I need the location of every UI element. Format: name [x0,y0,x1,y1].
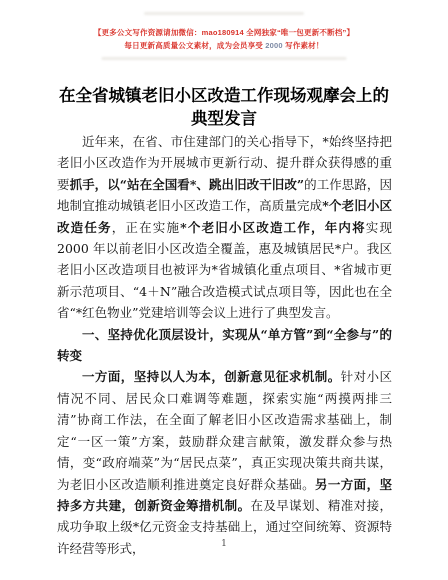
section-heading-1: 一、坚持优化顶层设计，实现从“单方管”到“全参与”的转变 [57,324,392,367]
watermark-header: 【更多公文写作资源请加微信：mao180914 全网独家“唯一包更新不断档”】 … [0,26,448,52]
watermark-line-2-text: 每日更新高质量公文素材，成为会员享受 [124,41,265,50]
document-title: 在全省城镇老旧小区改造工作现场观摩会上的 典型发言 [0,84,448,130]
title-line-1: 在全省城镇老旧小区改造工作现场观摩会上的 [0,84,448,107]
watermark-line-2: 每日更新高质量公文素材，成为会员享受 2000 写作素材！ [0,40,448,52]
document-body: 近年来，在省、市住建部门的关心指导下，*始终坚持把老旧小区改造作为开展城市更新行… [57,131,392,559]
blur-artifact-top [144,12,304,15]
watermark-member-count: 2000 [265,41,283,50]
text-run-bold: *个老旧小区改造工作，年内将 [180,220,366,235]
text-run-bold: 抓手，以“站在全国看*、跳出旧改干旧改” [70,177,305,192]
watermark-line-2-suffix: 写作素材！ [283,41,324,50]
paragraph-intro: 近年来，在省、市住建部门的关心指导下，*始终坚持把老旧小区改造作为开展城市更新行… [57,131,392,324]
text-run-bold: 一、坚持优化顶层设计，实现从“单方管”到“全参与”的转变 [57,327,392,363]
text-run: 针对小区情况不同、居民众口难调等难题，探索实施“两摸两排三清”协商工作法，在全面… [57,369,392,491]
title-line-2: 典型发言 [0,107,448,130]
watermark-line-1: 【更多公文写作资源请加微信：mao180914 全网独家“唯一包更新不断档”】 [0,26,448,40]
text-run-bold: 一方面，坚持以人为本，创新意见征求机制。 [82,369,341,384]
text-run: ，正在实施 [112,220,180,235]
page-number: 1 [0,539,448,549]
paragraph-section-1: 一方面，坚持以人为本，创新意见征求机制。针对小区情况不同、居民众口难调等难题，探… [57,366,392,559]
document-page: 【更多公文写作资源请加微信：mao180914 全网独家“唯一包更新不断档”】 … [0,0,448,580]
blur-artifact-bottom [102,57,347,60]
